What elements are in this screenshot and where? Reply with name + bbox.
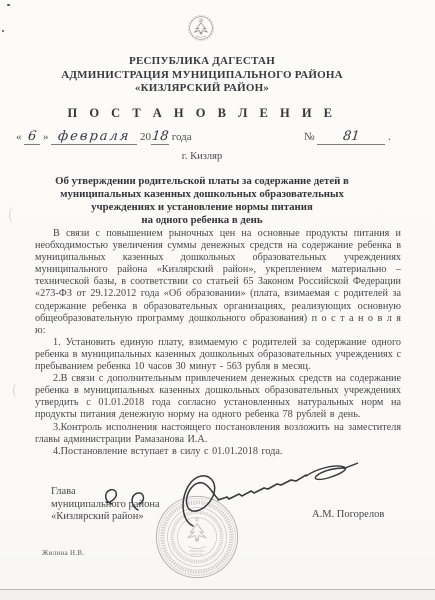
dagestan-coat-of-arms-icon xyxy=(184,11,218,45)
decree-item-1: 1. Установить единую плату, взимаемую с … xyxy=(35,337,401,373)
letterhead-line-district: «КИЗЛЯРСКИЙ РАЙОН» xyxy=(0,82,404,96)
handwritten-year: 18 xyxy=(151,129,169,144)
scan-edge-shadow xyxy=(0,590,435,600)
letterhead-line-administration: АДМИНИСТРАЦИЯ МУНИЦИПАЛЬНОГО РАЙОНА xyxy=(0,69,404,83)
clerk-name: Жилина Н.В. xyxy=(42,549,84,557)
decree-title: Об утверждении родительской платы за сод… xyxy=(0,175,404,227)
date-number-line: « 6 » февраля 2018 года № 81 . xyxy=(16,129,406,147)
decree-title-line-3: учреждениях и установление нормы питания xyxy=(0,201,404,214)
year-printed: 20 xyxy=(140,131,151,143)
decree-preamble: В связи с повышением рыночных цен на осн… xyxy=(35,228,401,337)
decree-item-2: 2.В связи с дополнительным привлечением … xyxy=(35,373,401,421)
decree-title-line-4: на одного ребенка в день xyxy=(0,214,404,227)
scan-artifact xyxy=(13,383,22,398)
scan-artifact xyxy=(7,4,10,6)
scan-edge-line xyxy=(0,589,435,590)
decree-title-line-2: муниципальных казенных дошкольных образо… xyxy=(0,188,404,201)
date-quote-close: » xyxy=(43,131,49,143)
place-line: г. Кизляр xyxy=(0,151,404,162)
year-word: года xyxy=(172,131,192,143)
letterhead-line-republic: РЕСПУБЛИКА ДАГЕСТАН xyxy=(0,55,404,69)
decree-title-line-1: Об утверждении родительской платы за сод… xyxy=(0,175,404,188)
scanned-decree-page: РЕСПУБЛИКА ДАГЕСТАН АДМИНИСТРАЦИЯ МУНИЦИ… xyxy=(0,0,435,600)
handwritten-month: февраля xyxy=(57,129,131,144)
date-quote-open: « xyxy=(16,131,22,143)
handwritten-number: 81 xyxy=(342,129,360,144)
decree-body: В связи с повышением рыночных цен на осн… xyxy=(35,228,401,458)
date-group: « 6 » февраля 2018 года xyxy=(16,129,192,145)
scan-artifact xyxy=(9,207,18,223)
number-sign: № xyxy=(304,131,315,143)
number-tail-dot: . xyxy=(388,131,391,143)
scan-artifact xyxy=(2,30,4,32)
handwritten-day: 6 xyxy=(27,129,37,144)
letterhead: РЕСПУБЛИКА ДАГЕСТАН АДМИНИСТРАЦИЯ МУНИЦИ… xyxy=(0,55,404,96)
number-group: № 81 . xyxy=(304,129,391,145)
document-type-heading: П О С Т А Н О В Л Е Н И Е xyxy=(0,106,404,121)
decree-item-3: 3.Контроль исполнения настоящего постано… xyxy=(35,422,401,446)
handwritten-signature-icon xyxy=(98,448,358,533)
